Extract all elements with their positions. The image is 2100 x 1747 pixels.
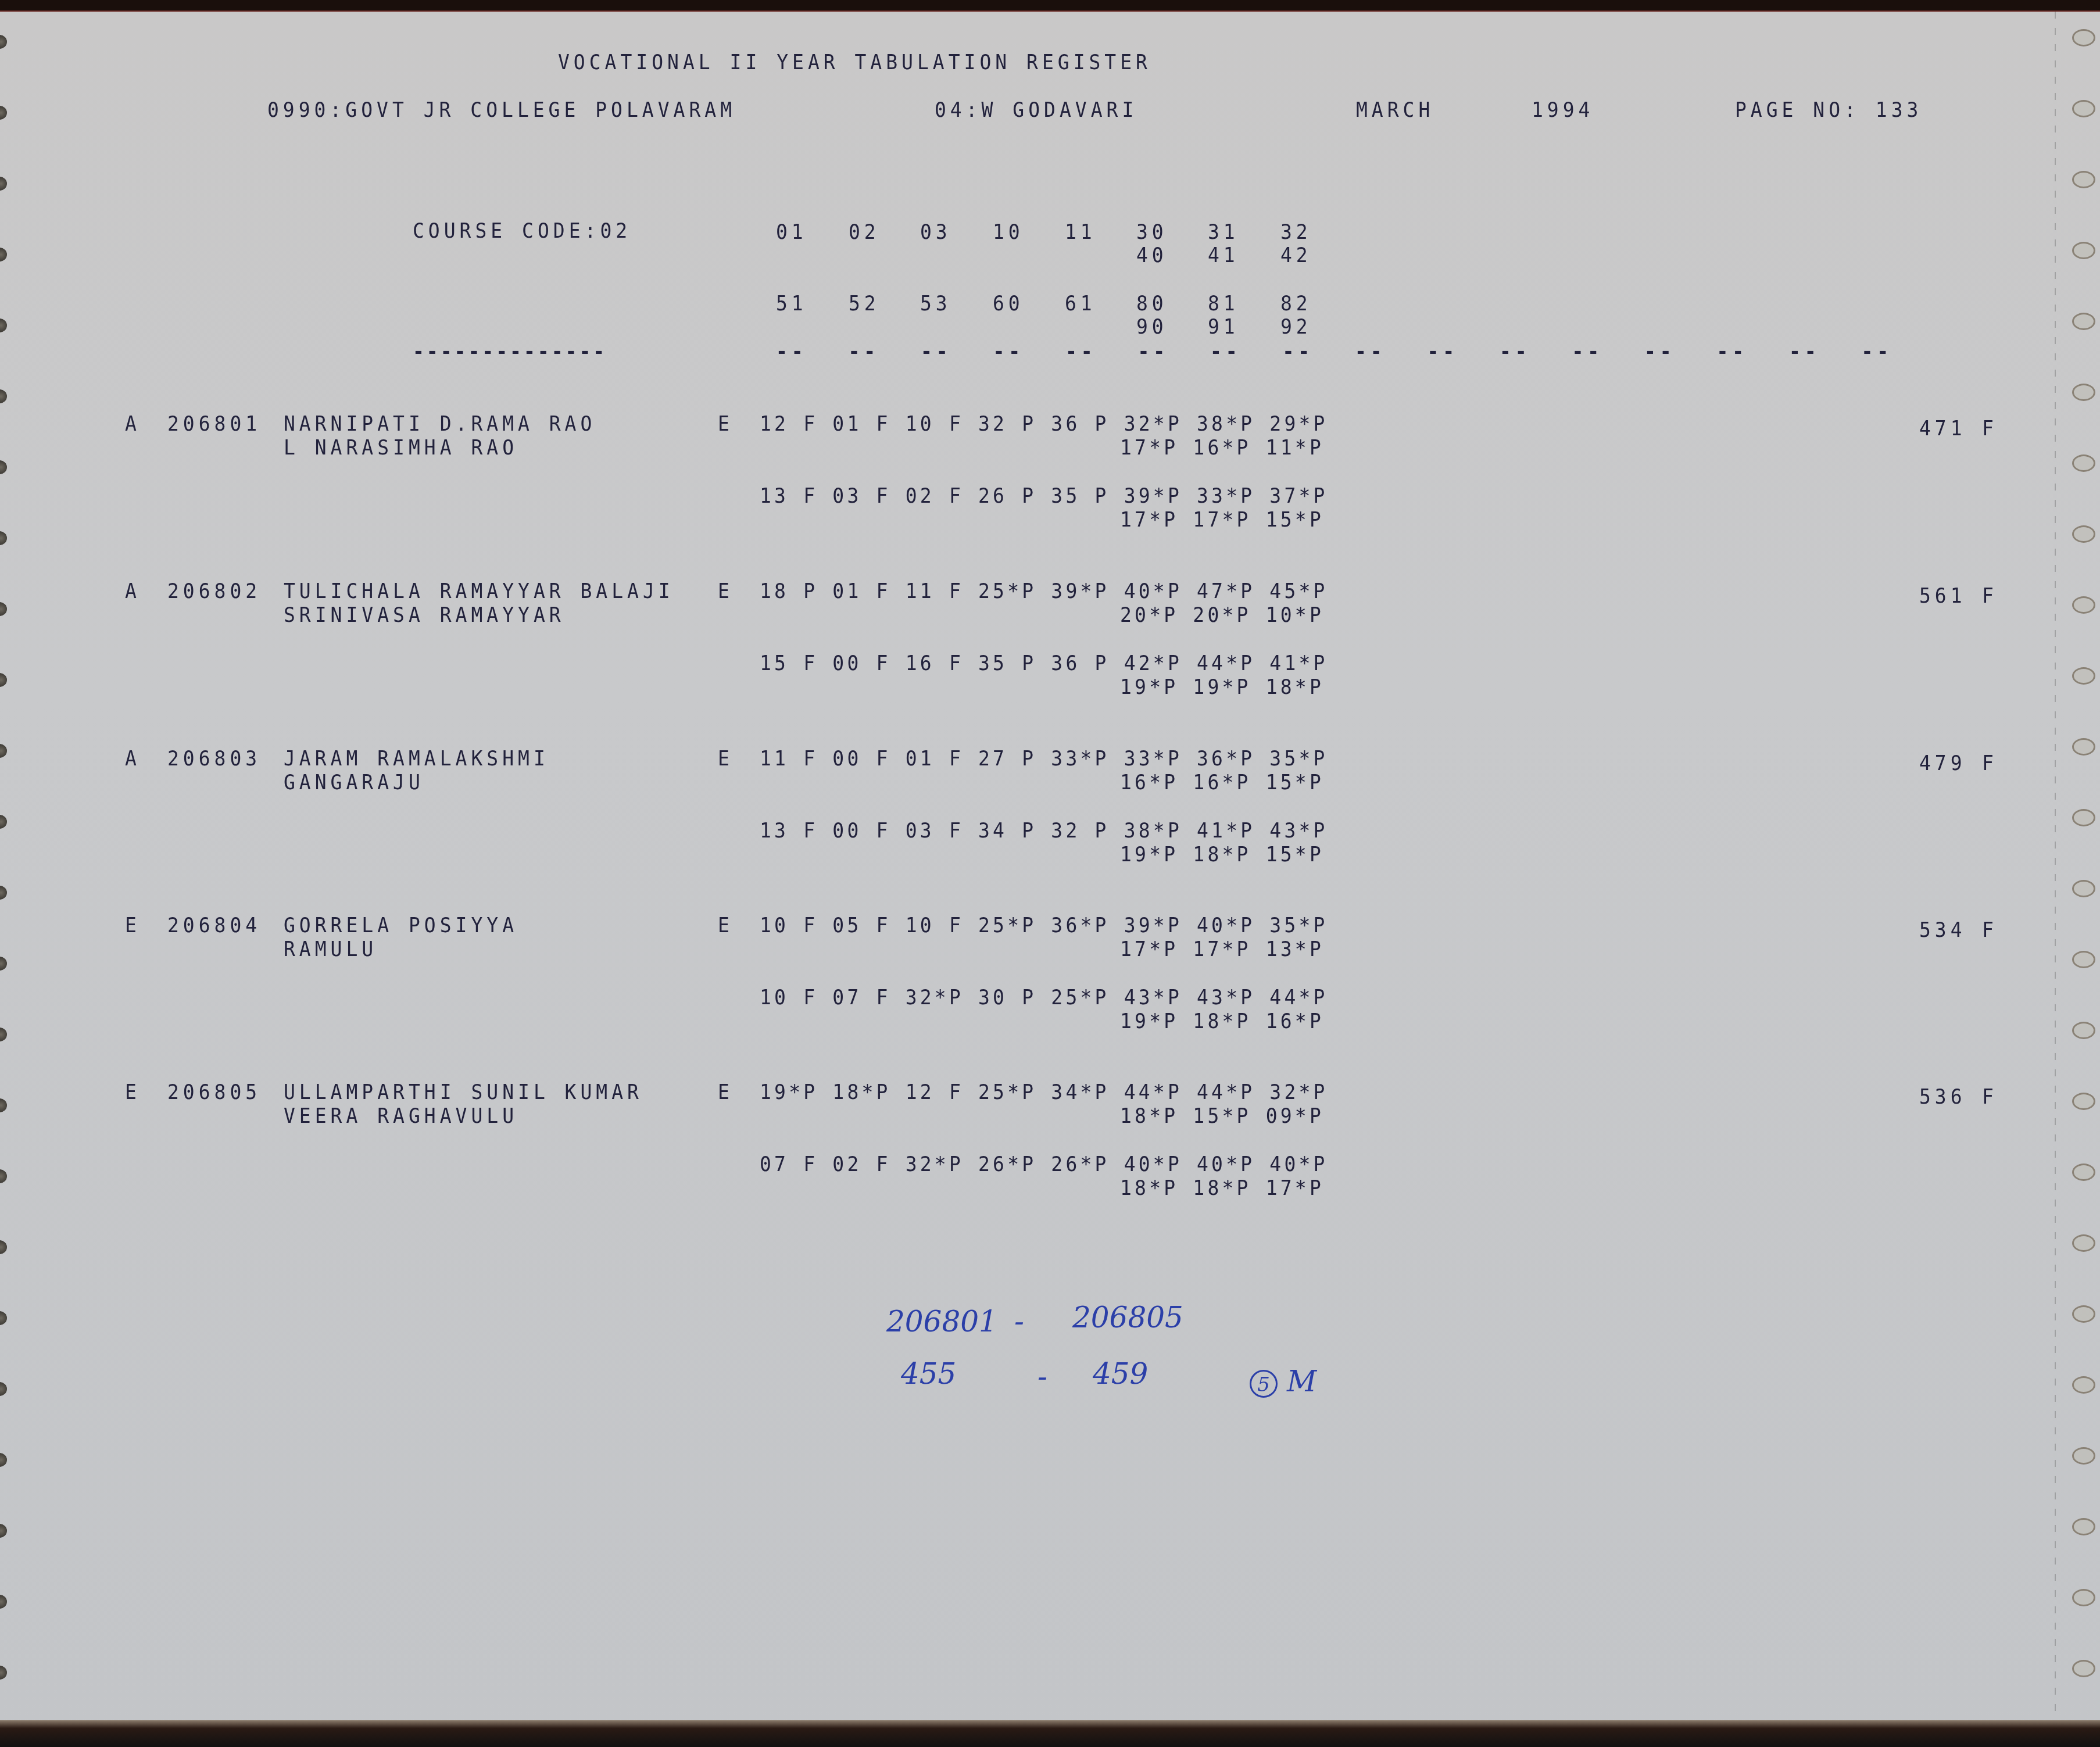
medium: E [718, 413, 734, 434]
sprocket-hole-right [2072, 313, 2095, 330]
sprocket-hole-right [2072, 1093, 2095, 1110]
sprocket-hole-right [2072, 29, 2095, 46]
result-status: F [1982, 418, 1998, 438]
parent-name: SRINIVASA RAMAYYAR [284, 604, 565, 625]
sprocket-hole-right [2072, 596, 2095, 614]
dash-mark: -- [1717, 341, 1748, 361]
student-name: TULICHALA RAMAYYAR BALAJI [284, 581, 674, 601]
handwritten-num-to: 459 [1093, 1357, 1148, 1391]
sprocket-hole-right [2072, 1660, 2095, 1677]
subject-code: 81 [1208, 293, 1239, 313]
marks-row-1-sub: 18*P 15*P 09*P [1120, 1105, 1324, 1126]
hall-ticket-number: 206805 [167, 1082, 261, 1102]
subject-code: 03 [920, 221, 951, 242]
marks-row-2-sub: 19*P 18*P 16*P [1120, 1011, 1324, 1031]
marks-row-2: 07 F 02 F 32*P 26*P 26*P 40*P 40*P 40*P [760, 1154, 1328, 1174]
sprocket-hole-right [2072, 809, 2095, 826]
student-category: A [125, 581, 141, 601]
handwritten-num-dash: - [1038, 1360, 1047, 1394]
marks-row-1: 12 F 01 F 10 F 32 P 36 P 32*P 38*P 29*P [760, 413, 1328, 434]
course-code: COURSE CODE:02 [413, 220, 631, 241]
dash-mark: -- [1210, 341, 1242, 361]
marks-row-1-sub: 20*P 20*P 10*P [1120, 604, 1324, 625]
subject-code: 42 [1280, 245, 1312, 265]
dash-mark: -- [776, 341, 807, 361]
subject-code: 51 [776, 293, 807, 313]
hall-ticket-number: 206802 [167, 581, 261, 601]
college-name: 0990:GOVT JR COLLEGE POLAVARAM [267, 99, 736, 120]
dash-mark: -- [1065, 341, 1097, 361]
sprocket-hole-right [2072, 171, 2095, 188]
hall-ticket-number: 206803 [167, 748, 261, 768]
circled-count: 5 [1250, 1370, 1278, 1398]
total-marks: 479 [1919, 753, 1966, 773]
exam-month: MARCH [1356, 99, 1434, 120]
sprocket-hole-right [2072, 1022, 2095, 1039]
perforation-line [2055, 12, 2056, 1720]
subject-code: 91 [1208, 316, 1239, 336]
sprocket-hole-right [2072, 1589, 2095, 1606]
medium: E [718, 915, 734, 935]
student-name: ULLAMPARTHI SUNIL KUMAR [284, 1082, 643, 1102]
dash-mark: -- [1789, 341, 1820, 361]
subject-code: 40 [1136, 245, 1168, 265]
student-category: A [125, 748, 141, 768]
dash-mark: -- [1862, 341, 1893, 361]
subject-code: 60 [993, 293, 1024, 313]
marks-row-2: 10 F 07 F 32*P 30 P 25*P 43*P 43*P 44*P [760, 987, 1328, 1007]
total-marks: 471 [1919, 418, 1966, 438]
marks-row-2: 13 F 03 F 02 F 26 P 35 P 39*P 33*P 37*P [760, 485, 1328, 506]
subject-code: 53 [920, 293, 951, 313]
parent-name: GANGARAJU [284, 772, 424, 792]
sprocket-hole-right [2072, 667, 2095, 685]
handwritten-range-to: 206805 [1072, 1301, 1183, 1334]
student-name: JARAM RAMALAKSHMI [284, 748, 549, 768]
subject-code: 61 [1065, 293, 1096, 313]
subject-code: 10 [993, 221, 1024, 242]
student-name: GORRELA POSIYYA [284, 915, 518, 935]
subject-code: 32 [1280, 221, 1312, 242]
dash-mark: -- [993, 341, 1025, 361]
marks-row-1: 10 F 05 F 10 F 25*P 36*P 39*P 40*P 35*P [760, 915, 1328, 935]
dash-mark: -- [1500, 341, 1531, 361]
dash-mark: -- [1138, 341, 1169, 361]
marks-row-2: 13 F 00 F 03 F 34 P 32 P 38*P 41*P 43*P [760, 820, 1328, 840]
handwritten-num-from: 455 [901, 1357, 956, 1391]
sprocket-hole-right [2072, 242, 2095, 259]
marks-row-1: 19*P 18*P 12 F 25*P 34*P 44*P 44*P 32*P [760, 1082, 1328, 1102]
subject-code: 82 [1280, 293, 1312, 313]
marks-row-1: 18 P 01 F 11 F 25*P 39*P 40*P 47*P 45*P [760, 581, 1328, 601]
subject-code: 02 [849, 221, 880, 242]
marks-row-2-sub: 18*P 18*P 17*P [1120, 1177, 1324, 1198]
subject-code: 30 [1136, 221, 1168, 242]
result-status: F [1982, 919, 1998, 940]
sprocket-hole-right [2072, 384, 2095, 401]
handwritten-range-from: 206801 [886, 1305, 997, 1338]
page-number: PAGE NO: 133 [1735, 99, 1922, 120]
parent-name: VEERA RAGHAVULU [284, 1105, 518, 1126]
result-status: F [1982, 753, 1998, 773]
sprocket-hole-right [2072, 880, 2095, 897]
marks-row-2-sub: 17*P 17*P 15*P [1120, 509, 1324, 529]
medium: E [718, 581, 734, 601]
parent-name: L NARASIMHA RAO [284, 437, 518, 457]
marks-row-1-sub: 17*P 17*P 13*P [1120, 939, 1324, 959]
total-marks: 534 [1919, 919, 1966, 940]
subject-code: 52 [849, 293, 880, 313]
handwritten-suffix: M [1287, 1365, 1316, 1398]
marks-row-2-sub: 19*P 18*P 15*P [1120, 844, 1324, 864]
marks-row-2-sub: 19*P 19*P 18*P [1120, 676, 1324, 697]
page-bottom-edge [0, 1720, 2100, 1747]
subject-code: 01 [776, 221, 807, 242]
student-name: NARNIPATI D.RAMA RAO [284, 413, 596, 434]
dash-mark: -- [1428, 341, 1459, 361]
medium: E [718, 1082, 734, 1102]
dash-mark: -- [1355, 341, 1386, 361]
hall-ticket-number: 206801 [167, 413, 261, 434]
header-underline: -------------- [413, 341, 607, 361]
dash-mark: -- [1644, 341, 1676, 361]
student-category: E [125, 1082, 141, 1102]
sprocket-hole-right [2072, 100, 2095, 117]
exam-year: 1994 [1532, 99, 1594, 120]
result-status: F [1982, 585, 1998, 606]
dash-mark: -- [849, 341, 880, 361]
sprocket-hole-right [2072, 738, 2095, 756]
total-marks: 536 [1919, 1086, 1966, 1107]
register-title: VOCATIONAL II YEAR TABULATION REGISTER [558, 52, 1151, 72]
parent-name: RAMULU [284, 939, 377, 959]
marks-row-1: 11 F 00 F 01 F 27 P 33*P 33*P 36*P 35*P [760, 748, 1328, 768]
subject-code: 41 [1208, 245, 1239, 265]
subject-code: 92 [1280, 316, 1312, 336]
marks-row-2: 15 F 00 F 16 F 35 P 36 P 42*P 44*P 41*P [760, 653, 1328, 673]
marks-row-1-sub: 16*P 16*P 15*P [1120, 772, 1324, 792]
dash-mark: -- [1283, 341, 1314, 361]
sprocket-hole-right [2072, 951, 2095, 968]
total-marks: 561 [1919, 585, 1966, 606]
hall-ticket-number: 206804 [167, 915, 261, 935]
subject-code: 80 [1136, 293, 1168, 313]
sprocket-hole-right [2072, 1164, 2095, 1181]
student-category: A [125, 413, 141, 434]
result-status: F [1982, 1086, 1998, 1107]
subject-code: 31 [1208, 221, 1239, 242]
marks-row-1-sub: 17*P 16*P 11*P [1120, 437, 1324, 457]
sprocket-hole-right [2072, 1447, 2095, 1465]
subject-code: 11 [1065, 221, 1096, 242]
subject-code: 90 [1136, 316, 1168, 336]
sprocket-hole-right [2072, 525, 2095, 543]
district-name: 04:W GODAVARI [935, 99, 1137, 120]
register-page [0, 10, 2100, 1731]
medium: E [718, 748, 734, 768]
dash-mark: -- [921, 341, 952, 361]
sprocket-hole-right [2072, 1305, 2095, 1323]
handwritten-range-dash: - [1014, 1305, 1024, 1338]
sprocket-hole-right [2072, 1518, 2095, 1535]
sprocket-hole-right [2072, 1234, 2095, 1252]
dash-mark: -- [1572, 341, 1604, 361]
sprocket-hole-right [2072, 1376, 2095, 1394]
handwritten-count-mark: 5 M [1250, 1365, 1316, 1398]
student-category: E [125, 915, 141, 935]
sprocket-hole-right [2072, 454, 2095, 472]
